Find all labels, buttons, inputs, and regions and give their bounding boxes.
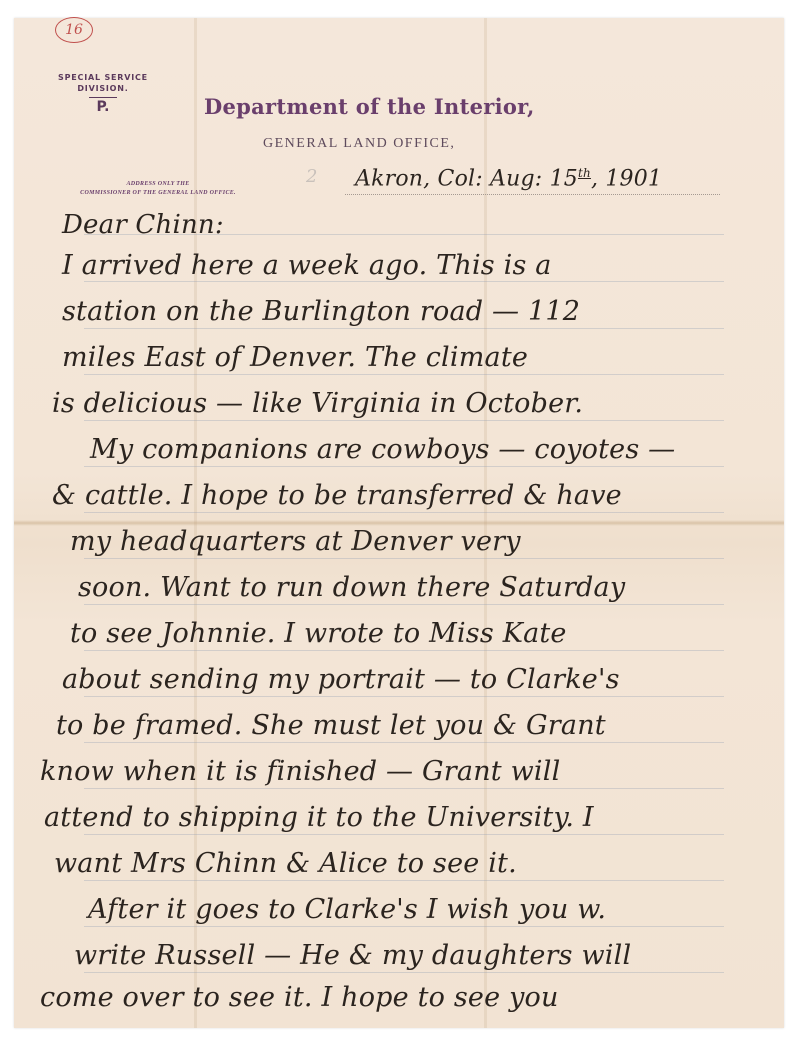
ruled-line (84, 558, 724, 559)
body-line: want Mrs Chinn & Alice to see it. (54, 848, 517, 879)
body-line: to be framed. She must let you & Grant (56, 710, 606, 741)
ruled-line (84, 880, 724, 881)
division-divider (89, 97, 117, 98)
ruled-line (84, 466, 724, 467)
division-line-2: DIVISION. (48, 83, 158, 94)
body-line: attend to shipping it to the University.… (44, 802, 594, 833)
body-line: & cattle. I hope to be transferred & hav… (52, 480, 622, 511)
body-line: station on the Burlington road — 112 (62, 296, 580, 327)
date-ordinal: th (578, 166, 591, 180)
ruled-line (84, 604, 724, 605)
ruled-line (84, 420, 724, 421)
body-line: miles East of Denver. The climate (62, 342, 528, 373)
office-name: GENERAL LAND OFFICE, (263, 136, 455, 152)
ruled-line (84, 281, 724, 282)
division-line-1: SPECIAL SERVICE (48, 72, 158, 83)
salutation: Dear Chinn: (62, 210, 224, 240)
address-line-2: COMMISSIONER OF THE GENERAL LAND OFFICE. (58, 189, 258, 198)
ruled-line (84, 374, 724, 375)
date-place: Akron, Col: Aug: 15 (355, 166, 578, 191)
address-line-1: ADDRESS ONLY THE (58, 180, 258, 189)
body-line: about sending my portrait — to Clarke's (62, 664, 620, 695)
body-line: soon. Want to run down there Saturday (78, 572, 625, 603)
ruled-line (84, 328, 724, 329)
department-title: Department of the Interior, (204, 94, 535, 119)
body-line: write Russell — He & my daughters will (74, 940, 631, 971)
body-line: know when it is finished — Grant will (40, 756, 560, 787)
ruled-line (84, 696, 724, 697)
body-line: is delicious — like Virginia in October. (52, 388, 583, 419)
ruled-line (84, 742, 724, 743)
ruled-line (84, 834, 724, 835)
body-line: My companions are cowboys — coyotes — (90, 434, 675, 465)
ruled-line (84, 650, 724, 651)
body-line: I arrived here a week ago. This is a (62, 250, 552, 281)
body-line: my headquarters at Denver very (70, 526, 521, 557)
division-code: P. (48, 102, 158, 113)
address-instruction: ADDRESS ONLY THE COMMISSIONER OF THE GEN… (58, 180, 258, 198)
pencil-mark: 2 (306, 166, 317, 187)
ruled-line (84, 926, 724, 927)
ruled-line (84, 512, 724, 513)
page-number-circle: 16 (55, 17, 93, 43)
ruled-line (84, 788, 724, 789)
ruled-line (84, 972, 724, 973)
date-line: Akron, Col: Aug: 15th, 1901 (355, 166, 662, 191)
body-line: After it goes to Clarke's I wish you w. (88, 894, 606, 925)
division-stamp: SPECIAL SERVICE DIVISION. P. (48, 72, 158, 113)
body-line: to see Johnnie. I wrote to Miss Kate (70, 618, 567, 649)
date-year: , 1901 (591, 166, 662, 191)
body-line: come over to see it. I hope to see you (40, 982, 559, 1013)
